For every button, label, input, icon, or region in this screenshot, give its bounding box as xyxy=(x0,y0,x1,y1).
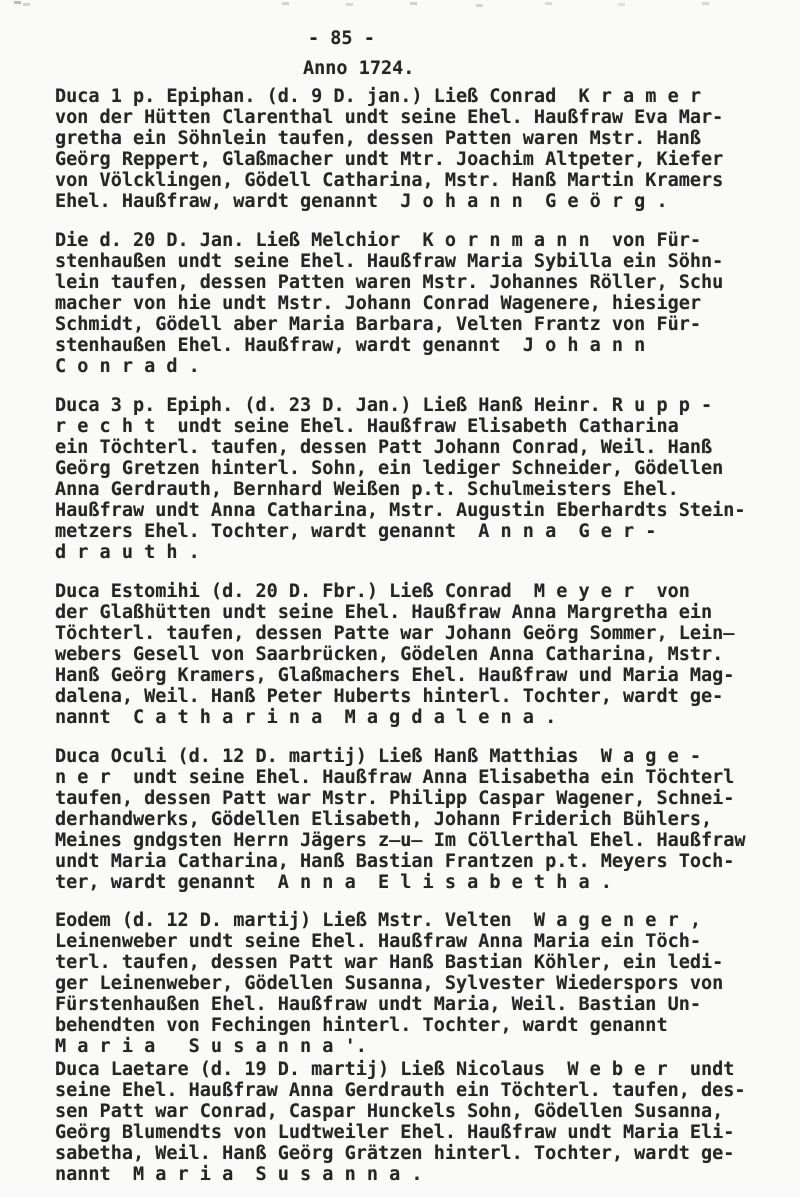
text-line: macher von hie undt Mstr. Johann Conrad … xyxy=(55,293,760,314)
text-line: r e c h t undt seine Ehel. Haußfraw Elis… xyxy=(55,416,760,437)
year-heading: Anno 1724. xyxy=(303,58,760,79)
text-line: d r a u t h . xyxy=(55,542,760,563)
text-line: Meines gndgsten Herrn Jägers z̶u̶ Im Cöl… xyxy=(55,830,760,851)
baptism-entry: Duca Laetare (d. 19 D. martij) Ließ Nico… xyxy=(55,1059,760,1185)
baptism-entry: Duca Estomihi (d. 20 D. Fbr.) Ließ Conra… xyxy=(55,581,760,728)
text-line: Hanß Geörg Kramers, Glaßmachers Ehel. Ha… xyxy=(55,665,760,686)
scan-noise xyxy=(14,1,21,4)
text-line: Fürstenhaußen Ehel. Haußfraw undt Maria,… xyxy=(55,994,760,1015)
text-line: metzers Ehel. Tochter, wardt genannt A n… xyxy=(55,521,760,542)
text-line: Geörg Reppert, Glaßmacher undt Mtr. Joac… xyxy=(55,149,760,170)
baptism-entry: Eodem (d. 12 D. martij) Ließ Mstr. Velte… xyxy=(55,910,760,1057)
text-line: Haußfraw undt Anna Catharina, Mstr. Augu… xyxy=(55,500,760,521)
text-line: nannt M a r i a S u s a n n a . xyxy=(55,1164,760,1185)
text-line: Ehel. Haußfraw, wardt genannt J o h a n … xyxy=(55,191,760,212)
text-line: Duca Estomihi (d. 20 D. Fbr.) Ließ Conra… xyxy=(55,581,760,602)
baptism-entry: Duca Oculi (d. 12 D. martij) Ließ Hanß M… xyxy=(55,746,760,893)
text-line: Anna Gerdrauth, Bernhard Weißen p.t. Sch… xyxy=(55,479,760,500)
text-line: undt Maria Catharina, Hanß Bastian Frant… xyxy=(55,851,760,872)
text-line: Duca 3 p. Epiph. (d. 23 D. Jan.) Ließ Ha… xyxy=(55,395,760,416)
text-line: ger Leinenweber, Gödellen Susanna, Sylve… xyxy=(55,973,760,994)
text-line: derhandwerks, Gödellen Elisabeth, Johann… xyxy=(55,809,760,830)
text-line: von Völcklingen, Gödell Catharina, Mstr.… xyxy=(55,170,760,191)
text-line: ein Töchterl. taufen, dessen Patt Johann… xyxy=(55,437,760,458)
text-line: nannt C a t h a r i n a M a g d a l e n … xyxy=(55,707,760,728)
text-line: n e r undt seine Ehel. Haußfraw Anna Eli… xyxy=(55,767,760,788)
baptism-entry: Duca 3 p. Epiph. (d. 23 D. Jan.) Ließ Ha… xyxy=(55,395,760,563)
text-line: Geörg Gretzen hinterl. Sohn, ein lediger… xyxy=(55,458,760,479)
text-line: behendten von Fechingen hinterl. Tochter… xyxy=(55,1015,760,1036)
baptism-entries: Duca 1 p. Epiphan. (d. 9 D. jan.) Ließ C… xyxy=(55,86,760,1185)
text-line: ter, wardt genannt A n n a E l i s a b e… xyxy=(55,872,760,893)
text-line: Schmidt, Gödell aber Maria Barbara, Velt… xyxy=(55,314,760,335)
text-line: C o n r a d . xyxy=(55,356,760,377)
text-line: Eodem (d. 12 D. martij) Ließ Mstr. Velte… xyxy=(55,910,760,931)
scanned-page: - 85 - Anno 1724. Duca 1 p. Epiphan. (d.… xyxy=(0,0,800,1197)
baptism-entry: Duca 1 p. Epiphan. (d. 9 D. jan.) Ließ C… xyxy=(55,86,760,212)
text-line: Leinenweber undt seine Ehel. Haußfraw An… xyxy=(55,931,760,952)
text-line: taufen, dessen Patt war Mstr. Philipp Ca… xyxy=(55,788,760,809)
text-line: Die d. 20 D. Jan. Ließ Melchior K o r n … xyxy=(55,230,760,251)
text-line: sabetha, Weil. Hanß Geörg Grätzen hinter… xyxy=(55,1143,760,1164)
text-line: der Glaßhütten undt seine Ehel. Haußfraw… xyxy=(55,602,760,623)
text-line: Duca Oculi (d. 12 D. martij) Ließ Hanß M… xyxy=(55,746,760,767)
text-line: webers Gesell von Saarbrücken, Gödelen A… xyxy=(55,644,760,665)
text-line: Töchterl. taufen, dessen Patte war Johan… xyxy=(55,623,760,644)
text-line: seine Ehel. Haußfraw Anna Gerdrauth ein … xyxy=(55,1080,760,1101)
text-line: dalena, Weil. Hanß Peter Huberts hinterl… xyxy=(55,686,760,707)
text-line: sen Patt war Conrad, Caspar Hunckels Soh… xyxy=(55,1101,760,1122)
text-line: stenhaußen Ehel. Haußfraw, wardt genannt… xyxy=(55,335,760,356)
text-line: stenhaußen undt seine Ehel. Haußfraw Mar… xyxy=(55,251,760,272)
text-line: von der Hütten Clarenthal undt seine Ehe… xyxy=(55,107,760,128)
page-number: - 85 - xyxy=(308,28,760,49)
text-line: Duca Laetare (d. 19 D. martij) Ließ Nico… xyxy=(55,1059,760,1080)
text-line: terl. taufen, dessen Patt war Hanß Basti… xyxy=(55,952,760,973)
text-line: M a r i a S u s a n n a '. xyxy=(55,1036,760,1057)
baptism-entry: Die d. 20 D. Jan. Ließ Melchior K o r n … xyxy=(55,230,760,377)
text-line: Duca 1 p. Epiphan. (d. 9 D. jan.) Ließ C… xyxy=(55,86,760,107)
text-line: Geörg Blumendts von Ludtweiler Ehel. Hau… xyxy=(55,1122,760,1143)
text-line: gretha ein Söhnlein taufen, dessen Patte… xyxy=(55,128,760,149)
text-line: lein taufen, dessen Patten waren Mstr. J… xyxy=(55,272,760,293)
